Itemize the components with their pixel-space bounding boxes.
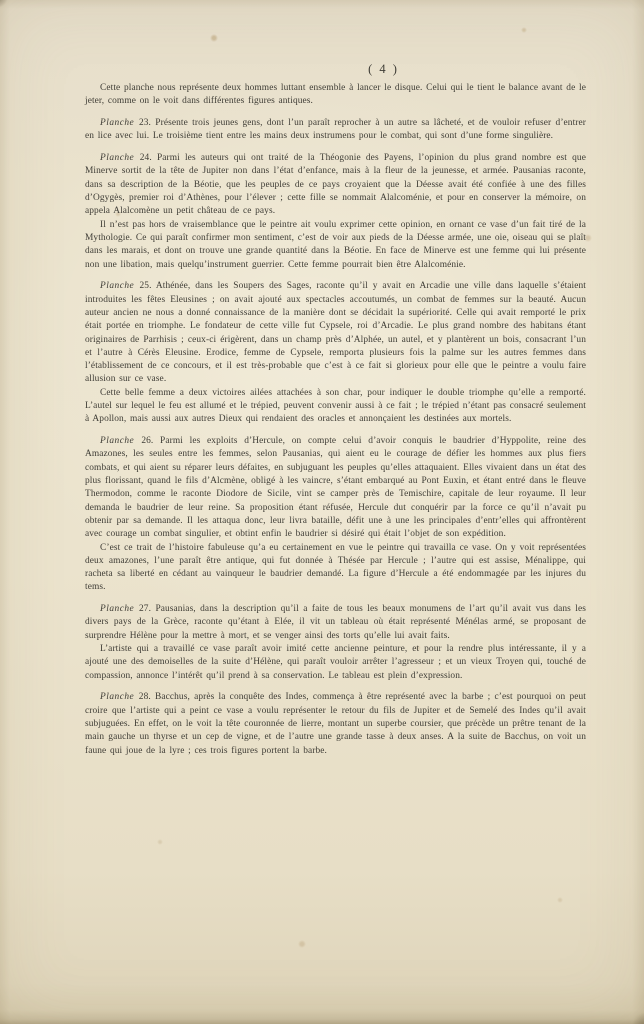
body-paragraph: Cette planche nous représente deux homme… [85, 82, 586, 109]
body-paragraph: L’artiste qui a travaillé ce vase paraît… [85, 643, 586, 683]
planche-label: Planche 28. [100, 692, 155, 702]
planche-label: Planche 23. [100, 118, 155, 128]
body-paragraph: C’est ce trait de l’histoire fabuleuse q… [85, 542, 586, 595]
planche-label: Planche 26. [100, 436, 160, 446]
page-number: ( 4 ) [133, 62, 634, 77]
body-paragraph: Il n’est pas hors de vraisemblance que l… [85, 219, 586, 272]
planche-label: Planche 24. [100, 153, 157, 163]
text-block: ( 4 ) Cette planche nous représente deux… [85, 62, 586, 758]
planche-label: Planche 25. [100, 281, 156, 291]
planche-paragraph: Planche 24. Parmi les auteurs qui ont tr… [85, 152, 586, 218]
planche-paragraph: Planche 26. Parmi les exploits d’Hercule… [85, 435, 586, 541]
planche-label: Planche 27. [100, 604, 155, 614]
planche-paragraph: Planche 27. Pausanias, dans la descripti… [85, 603, 586, 643]
body-paragraph: Cette belle femme a deux victoires ailée… [85, 387, 586, 427]
planche-paragraph: Planche 28. Bacchus, après la conquête d… [85, 691, 586, 757]
planche-paragraph: Planche 25. Athénée, dans les Soupers de… [85, 280, 586, 386]
book-page: ( 4 ) Cette planche nous représente deux… [0, 0, 644, 1024]
planche-paragraph: Planche 23. Présente trois jeunes gens, … [85, 117, 586, 144]
